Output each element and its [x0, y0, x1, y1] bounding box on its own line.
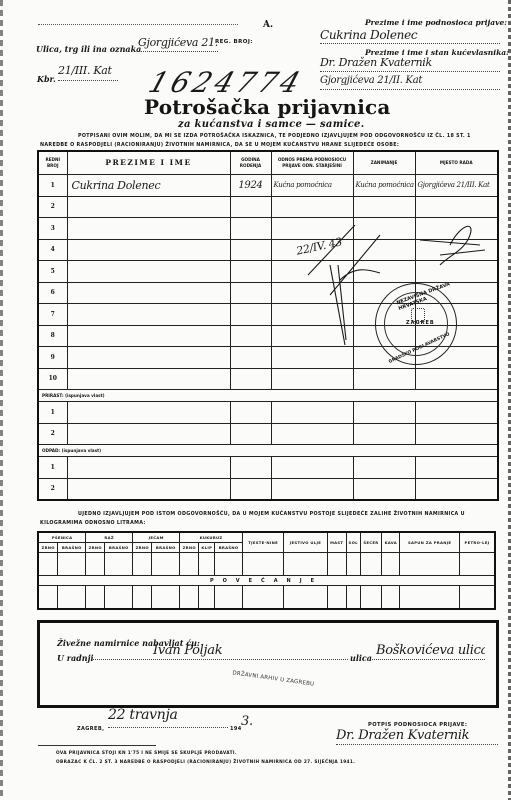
increase-cell[interactable] [346, 586, 360, 610]
name-cell[interactable] [67, 261, 230, 283]
col-sapun: SAPUN ZA PRANJE [400, 532, 460, 553]
stock-cell[interactable] [284, 553, 327, 576]
stock-cell[interactable] [242, 553, 283, 576]
relation-cell[interactable] [271, 368, 353, 390]
stock-cell[interactable] [382, 553, 400, 576]
workplace-cell[interactable] [415, 196, 498, 218]
relation-cell[interactable]: Kućna pomoćnica [271, 175, 353, 197]
increase-cell[interactable] [215, 586, 243, 610]
relation-cell[interactable] [271, 347, 353, 369]
relation-cell[interactable] [271, 402, 353, 424]
increase-cell[interactable] [133, 586, 152, 610]
applicant-field[interactable]: Cukrina Dolenec [320, 28, 500, 44]
col-mast: MAST [327, 532, 346, 553]
year-cell[interactable] [230, 478, 271, 500]
row-number: 2 [38, 196, 67, 218]
col-header-year: GODINA RODENJA [230, 151, 271, 175]
col-jestivo-ulje: JESTIVO ULJE [284, 532, 327, 553]
table-row: 2 [38, 478, 498, 500]
stock-line-1: UJEDNO IZJAVLJUJEM POD ISTOM ODGOVORNOŠĆ… [40, 510, 510, 519]
row-number: 1 [38, 402, 67, 424]
relation-cell[interactable] [271, 423, 353, 445]
sub-jecam-zrno: ZRNO [133, 543, 152, 553]
name-cell[interactable] [67, 196, 230, 218]
col-header-occupation: ZANIMANJE [353, 151, 415, 175]
name-cell[interactable]: Cukrina Dolenec [67, 175, 230, 197]
name-cell[interactable] [67, 478, 230, 500]
shop-name-field[interactable]: Ivan Poljak [93, 643, 348, 660]
intro-line-2: NAREDBE O RASPODJELI (RACIONIRANJU) ŽIVO… [40, 141, 510, 150]
landlord-value: Dr. Dražen Kvaternik [320, 56, 432, 69]
year-cell[interactable] [230, 218, 271, 240]
increase-values-row [38, 586, 495, 610]
increase-cell[interactable] [459, 586, 495, 610]
increase-cell[interactable] [152, 586, 180, 610]
document-title: Potrošačka prijavnica [144, 95, 391, 119]
kbr-field[interactable]: 21/III. Kat [58, 64, 118, 81]
col-petrolej: PETRO-LEJ [459, 532, 495, 553]
workplace-cell[interactable] [415, 402, 498, 424]
stock-cell[interactable] [152, 553, 180, 576]
shop-street-label: ulica [350, 653, 372, 663]
increase-cell[interactable] [58, 586, 86, 610]
coat-of-arms-icon [411, 308, 425, 322]
landlord-address-field[interactable]: Gjorgjićeva 21/II. Kat [320, 75, 500, 90]
relation-cell[interactable] [271, 196, 353, 218]
increase-row: POVEĆANJE [38, 576, 495, 586]
workplace-cell[interactable] [415, 423, 498, 445]
year-cell[interactable]: 1924 [230, 175, 271, 197]
increase-cell[interactable] [199, 586, 215, 610]
stock-paragraph: UJEDNO IZJAVLJUJEM POD ISTOM ODGOVORNOŠĆ… [40, 510, 510, 528]
workplace-cell[interactable] [415, 368, 498, 390]
col-kava: KAVA [382, 532, 400, 553]
sub-psenica-zrno: ZRNO [38, 543, 58, 553]
name-cell[interactable] [67, 325, 230, 347]
col-tjestenine: TJESTE-NINE [242, 532, 283, 553]
row-number: 1 [38, 175, 67, 197]
year-cell[interactable] [230, 457, 271, 479]
table-row: 10 [38, 368, 498, 390]
year-prefix: 194 [230, 726, 242, 732]
prirast-section-row: PRIRAST: (ispunjava vlast) [38, 390, 498, 402]
official-stamp: NEZAVISNA DRŽAVA HRVATSKA GRADSKO POGLAV… [375, 283, 457, 365]
col-header-no: REDNI BROJ [38, 151, 67, 175]
col-secer: ŠEĆER [360, 532, 382, 553]
street-field[interactable]: Gjorgjićeva 21. [138, 36, 218, 52]
row-number: 7 [38, 304, 67, 326]
increase-label: POVEĆANJE [38, 576, 495, 586]
increase-cell[interactable] [86, 586, 105, 610]
landlord-field[interactable]: Dr. Dražen Kvaternik [320, 56, 500, 72]
col-psenica: PŠENICA [38, 532, 86, 543]
stock-cell[interactable] [346, 553, 360, 576]
shop-box: Živežne namirnice nabavljat ću: U radnji… [37, 620, 499, 708]
signature-field[interactable]: Dr. Dražen Kvaternik [336, 728, 498, 745]
row-number: 8 [38, 325, 67, 347]
stock-cell[interactable] [58, 553, 86, 576]
occupation-cell[interactable] [353, 368, 415, 390]
reg-label: REG. BROJ: [215, 39, 253, 45]
row-number: 4 [38, 239, 67, 261]
table-row: 1 Cukrina Dolenec 1924 Kućna pomoćnica K… [38, 175, 498, 197]
stock-header-row-1: PŠENICA RAŽ JEČAM KUKURUZ TJESTE-NINE JE… [38, 532, 495, 543]
stock-cell[interactable] [180, 553, 199, 576]
name-cell[interactable] [67, 423, 230, 445]
row-number: 2 [38, 478, 67, 500]
col-header-name: PREZIME I IME [67, 151, 230, 175]
name-cell[interactable] [67, 347, 230, 369]
kbr-label: Kbr. [37, 74, 56, 84]
sub-kukuruz-brasno: BRAŠNO [215, 543, 243, 553]
row-number: 2 [38, 423, 67, 445]
prirast-label: PRIRAST: (ispunjava vlast) [38, 390, 498, 402]
stock-cell[interactable] [133, 553, 152, 576]
shop-name-value: Ivan Poljak [153, 643, 222, 658]
workplace-cell[interactable] [415, 478, 498, 500]
footer-notes: OVA PRIJAVNICA STOJI KN 1'75 I NE SMIJE … [56, 749, 355, 767]
col-header-relation: ODNOS PREMA PODNOSIOCU PRIJAVE ODN. STAR… [271, 151, 353, 175]
name-cell[interactable] [67, 282, 230, 304]
stock-cell[interactable] [400, 553, 460, 576]
date-field[interactable]: 22 travnja [108, 707, 228, 728]
stock-cell[interactable] [360, 553, 382, 576]
applicant-label: Prezime i ime podnosioca prijave: [365, 18, 507, 27]
stock-cell[interactable] [459, 553, 495, 576]
year-cell[interactable] [230, 347, 271, 369]
year-cell[interactable] [230, 261, 271, 283]
persons-header-row: REDNI BROJ PREZIME I IME GODINA RODENJA … [38, 151, 498, 175]
stock-cell[interactable] [38, 553, 58, 576]
row-number: 3 [38, 218, 67, 240]
form-letter: A. [263, 20, 273, 30]
col-jecam: JEČAM [133, 532, 180, 543]
odpad-section-row: ODPAD: (ispunjava vlast) [38, 445, 498, 457]
name-cell[interactable] [67, 218, 230, 240]
sub-kukuruz-klip: KLIP [199, 543, 215, 553]
relation-cell[interactable] [271, 457, 353, 479]
applicant-value: Cukrina Dolenec [320, 28, 417, 42]
sub-psenica-brasno: BRAŠNO [58, 543, 86, 553]
shop-street-value: Boškovićeva ulica [376, 643, 485, 658]
year-cell[interactable] [230, 239, 271, 261]
street-label: Ulica, trg ili ina oznaka [36, 44, 141, 54]
sub-kukuruz-zrno: ZRNO [180, 543, 199, 553]
sub-raz-brasno: BRAŠNO [105, 543, 133, 553]
sub-jecam-brasno: BRAŠNO [152, 543, 180, 553]
signature-value: Dr. Dražen Kvaternik [336, 728, 469, 743]
occupation-cell[interactable] [353, 196, 415, 218]
increase-cell[interactable] [242, 586, 283, 610]
year-cell[interactable] [230, 196, 271, 218]
increase-cell[interactable] [38, 586, 58, 610]
workplace-cell[interactable]: Gjorgjićeva 21/III. Kat [415, 175, 498, 197]
name-cell[interactable] [67, 402, 230, 424]
scan-edge-left [0, 0, 3, 800]
year-cell[interactable] [230, 282, 271, 304]
city-label: ZAGREB, [77, 726, 104, 732]
increase-cell[interactable] [284, 586, 327, 610]
increase-cell[interactable] [360, 586, 382, 610]
row-number: 6 [38, 282, 67, 304]
row-number: 5 [38, 261, 67, 283]
name-cell[interactable] [67, 368, 230, 390]
table-row: 2 [38, 196, 498, 218]
year-cell[interactable] [230, 402, 271, 424]
stock-cell[interactable] [105, 553, 133, 576]
name-cell[interactable] [67, 457, 230, 479]
row-number: 9 [38, 347, 67, 369]
date-value: 22 travnja [108, 707, 178, 723]
increase-cell[interactable] [400, 586, 460, 610]
occupation-cell[interactable] [353, 423, 415, 445]
col-sol: SOL [346, 532, 360, 553]
occupation-cell[interactable]: Kućna pomoćnica [353, 175, 415, 197]
sub-raz-zrno: ZRNO [86, 543, 105, 553]
relation-cell[interactable] [271, 478, 353, 500]
col-header-workplace: MJESTO RADA [415, 151, 498, 175]
kbr-value: 21/III. Kat [58, 64, 112, 77]
occupation-cell[interactable] [353, 457, 415, 479]
year-cell[interactable] [230, 304, 271, 326]
stock-cell[interactable] [327, 553, 346, 576]
increase-cell[interactable] [105, 586, 133, 610]
year-cell[interactable] [230, 325, 271, 347]
name-cell[interactable] [67, 239, 230, 261]
table-row: 1 [38, 402, 498, 424]
occupation-cell[interactable] [353, 402, 415, 424]
occupation-cell[interactable] [353, 478, 415, 500]
increase-cell[interactable] [180, 586, 199, 610]
shop-label: U radnji [57, 653, 94, 663]
footer-divider [38, 745, 156, 746]
table-row: 1 [38, 457, 498, 479]
intro-line-1: POTPISANI OVIM MOLIM, DA MI SE IZDA POTR… [40, 132, 510, 141]
increase-cell[interactable] [327, 586, 346, 610]
stock-line-2: KILOGRAMIMA ODNOSNO LITRAMA: [40, 519, 510, 528]
year-suffix[interactable]: 3. [241, 714, 253, 729]
stock-cell[interactable] [199, 553, 215, 576]
shop-street-field[interactable]: Boškovićeva ulica [370, 643, 485, 660]
workplace-cell[interactable] [415, 457, 498, 479]
landlord-address-value: Gjorgjićeva 21/II. Kat [320, 75, 422, 86]
col-raz: RAŽ [86, 532, 133, 543]
table-row: 2 [38, 423, 498, 445]
year-cell[interactable] [230, 423, 271, 445]
footer-note-price: OVA PRIJAVNICA STOJI KN 1'75 I NE SMIJE … [56, 749, 355, 758]
stock-cell[interactable] [86, 553, 105, 576]
top-dotted-line [38, 24, 238, 25]
intro-paragraph: POTPISANI OVIM MOLIM, DA MI SE IZDA POTR… [40, 132, 510, 150]
col-kukuruz: KUKURUZ [180, 532, 243, 543]
document-subtitle: za kućanstva i samce — samice. [178, 119, 365, 130]
row-number: 10 [38, 368, 67, 390]
stock-table: PŠENICA RAŽ JEČAM KUKURUZ TJESTE-NINE JE… [37, 531, 496, 610]
footer-note-form: OBRAZAC K ČL. 2 ST. 3 NAREDBE O RASPODJE… [56, 758, 355, 767]
row-number: 1 [38, 457, 67, 479]
stock-values-row [38, 553, 495, 576]
name-cell[interactable] [67, 304, 230, 326]
stock-cell[interactable] [215, 553, 243, 576]
increase-cell[interactable] [382, 586, 400, 610]
street-value: Gjorgjićeva 21. [138, 36, 218, 49]
year-cell[interactable] [230, 368, 271, 390]
odpad-label: ODPAD: (ispunjava vlast) [38, 445, 498, 457]
